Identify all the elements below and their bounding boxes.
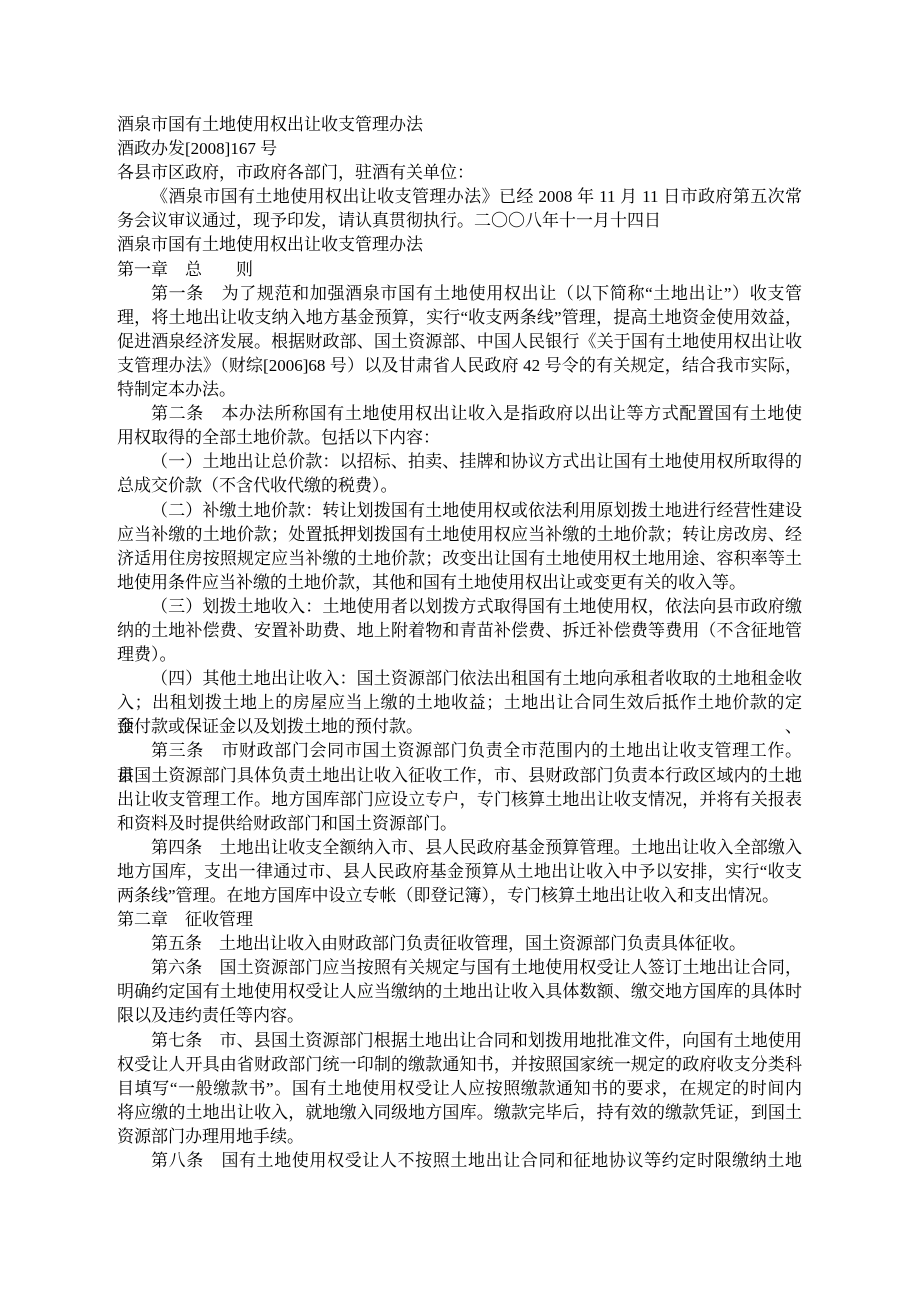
document-line: 将应缴的土地出让收入，就地缴入同级地方国库。缴款完毕后，持有效的缴款凭证，到国土 [117, 1101, 802, 1125]
document-line: 和资料及时提供给财政部门和国土资源部门。 [117, 812, 802, 836]
document-line: 出让收支管理工作。地方国库部门应设立专户，专门核算土地出让收支情况，并将有关报表 [117, 788, 802, 812]
article-8-line: 第八条 国有土地使用权受让人不按照土地出让合同和征地协议等约定时限缴纳土地 [117, 1149, 802, 1173]
document-line: 应当补缴的土地价款；处置抵押划拨国有土地使用权应当补缴的土地价款；转让房改房、经 [117, 523, 802, 547]
document-line: 支管理办法》（财综[2006]68 号）以及甘肃省人民政府 42 号令的有关规定… [117, 354, 802, 378]
document-line: 地方国库，支出一律通过市、县人民政府基金预算从土地出让收入中予以安排，实行“收支 [117, 860, 802, 884]
item-2-line: （二）补缴土地价款：转让划拨国有土地使用权或依法利用原划拨土地进行经营性建设 [117, 499, 802, 523]
document-line: 明确约定国有土地使用权受让人应当缴纳的土地出让收入具体数额、缴交地方国库的具体时 [117, 980, 802, 1004]
document-line: 务会议审议通过，现予印发，请认真贯彻执行。二〇〇八年十一月十四日 [117, 209, 802, 233]
article-1-line: 第一条 为了规范和加强酒泉市国有土地使用权出让（以下简称“土地出让”）收支管 [117, 282, 802, 306]
document-body: 酒泉市国有土地使用权出让收支管理办法酒政办发[2008]167 号各县市区政府，… [117, 113, 802, 1173]
chapter-2-heading: 第二章 征收管理 [117, 908, 802, 932]
document-number: 酒政办发[2008]167 号 [117, 137, 802, 161]
document-line: 总成交价款（不含代收代缴的税费）。 [117, 474, 802, 498]
article-5-line: 第五条 土地出让收入由财政部门负责征收管理，国土资源部门负责具体征收。 [117, 932, 802, 956]
document-line: 限以及违约责任等内容。 [117, 1004, 802, 1028]
article-2-line: 第二条 本办法所称国有土地使用权出让收入是指政府以出让等方式配置国有土地使 [117, 402, 802, 426]
document-line: 《酒泉市国有土地使用权出让收支管理办法》已经 2008 年 11 月 11 日市… [117, 185, 802, 209]
document-line: 入；出租划拨土地上的房屋应当上缴的土地收益；土地出让合同生效后抵作土地价款的定金… [117, 691, 802, 715]
article-7-line: 第七条 市、县国土资源部门根据土地出让合同和划拨用地批准文件，向国有土地使用 [117, 1029, 802, 1053]
document-line: 资源部门办理用地手续。 [117, 1125, 802, 1149]
addressee-line: 各县市区政府，市政府各部门，驻酒有关单位： [117, 161, 802, 185]
article-6-line: 第六条 国土资源部门应当按照有关规定与国有土地使用权受让人签订土地出让合同， [117, 956, 802, 980]
document-line: 两条线”管理。在地方国库中设立专帐（即登记簿），专门核算土地出让收入和支出情况。 [117, 884, 802, 908]
document-line: 理费）。 [117, 643, 802, 667]
document-line: 特制定本办法。 [117, 378, 802, 402]
document-line: 权受让人开具由省财政部门统一印制的缴款通知书，并按照国家统一规定的政府收支分类科 [117, 1053, 802, 1077]
item-1-line: （一）土地出让总价款：以招标、拍卖、挂牌和协议方式出让国有土地使用权所取得的 [117, 450, 802, 474]
document-line: 县国土资源部门具体负责土地出让收入征收工作，市、县财政部门负责本行政区域内的土地 [117, 764, 802, 788]
document-title-repeat: 酒泉市国有土地使用权出让收支管理办法 [117, 233, 802, 257]
document-line: 济适用住房按照规定应当补缴的土地价款；改变出让国有土地使用权土地用途、容积率等土 [117, 547, 802, 571]
article-3-line: 第三条 市财政部门会同市国土资源部门负责全市范围内的土地出让收支管理工作。市、 [117, 739, 802, 763]
document-line: 地使用条件应当补缴的土地价款，其他和国有土地使用权出让或变更有关的收入等。 [117, 571, 802, 595]
document-title: 酒泉市国有土地使用权出让收支管理办法 [117, 113, 802, 137]
item-4-line: （四）其他土地出让收入：国土资源部门依法出租国有土地向承租者收取的土地租金收 [117, 667, 802, 691]
article-4-line: 第四条 土地出让收支全额纳入市、县人民政府基金预算管理。土地出让收入全部缴入 [117, 836, 802, 860]
document-line: 促进酒泉经济发展。根据财政部、国土资源部、中国人民银行《关于国有土地使用权出让收 [117, 330, 802, 354]
document-line: 理，将土地出让收支纳入地方基金预算，实行“收支两条线”管理，提高土地资金使用效益… [117, 306, 802, 330]
chapter-1-heading: 第一章 总 则 [117, 258, 802, 282]
item-3-line: （三）划拨土地收入：土地使用者以划拨方式取得国有土地使用权，依法向县市政府缴 [117, 595, 802, 619]
document-line: 用权取得的全部土地价款。包括以下内容： [117, 426, 802, 450]
document-page: 酒泉市国有土地使用权出让收支管理办法酒政办发[2008]167 号各县市区政府，… [0, 0, 920, 1302]
document-line: 纳的土地补偿费、安置补助费、地上附着物和青苗补偿费、拆迁补偿费等费用（不含征地管 [117, 619, 802, 643]
document-line: 目填写“一般缴款书”。国有土地使用权受让人应按照缴款通知书的要求，在规定的时间内 [117, 1077, 802, 1101]
